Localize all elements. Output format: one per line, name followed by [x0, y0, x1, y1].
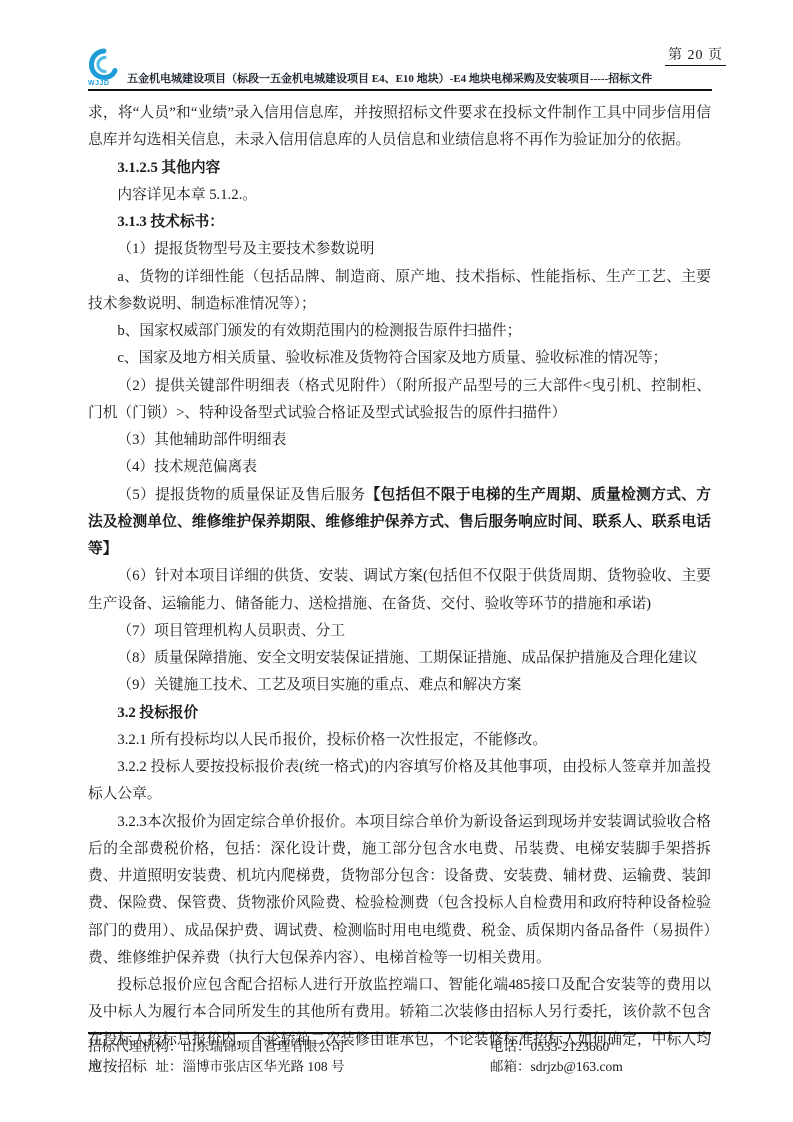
heading-3-1-3: 3.1.3 技术标书： [88, 209, 711, 236]
agency-line: 招标代理机构：山东瑞锦项目管理有限公司 [88, 1037, 490, 1057]
header-brand-row: WJJD 五金机电城建设项目（标段一五金机电城建设项目 E4、E10 地块）-E… [88, 48, 712, 91]
item-9: （9）关键施工技术、工艺及项目实施的重点、难点和解决方案 [88, 672, 711, 699]
para-3-2-1: 3.2.1 所有投标均以人民币报价，投标价格一次性报定，不能修改。 [88, 727, 711, 754]
document-body: 求，将“人员”和“业绩”录入信用信息库，并按照招标文件要求在投标文件制作工具中同… [88, 100, 711, 1081]
heading-3-2: 3.2 投标报价 [88, 700, 711, 727]
page-footer: 招标代理机构：山东瑞锦项目管理有限公司 电话：0533-2123660 地 址：… [88, 1032, 711, 1077]
page-number: 第 20 页 [665, 44, 726, 66]
phone-line: 电话：0533-2123660 [490, 1037, 711, 1057]
document-page: 第 20 页 WJJD 五金机电城建设项目（标段一五金机电城建设项目 E4、E1… [0, 0, 793, 1122]
item-7: （7）项目管理机构人员职责、分工 [88, 618, 711, 645]
para-3-2-2: 3.2.2 投标人要按投标报价表(统一格式)的内容填写价格及其他事项，由投标人签… [88, 754, 711, 809]
document-title: 五金机电城建设项目（标段一五金机电城建设项目 E4、E10 地块）-E4 地块电… [127, 70, 652, 87]
page-header: 第 20 页 WJJD 五金机电城建设项目（标段一五金机电城建设项目 E4、E1… [88, 44, 712, 91]
item-8: （8）质量保障措施、安全文明安装保证措施、工期保证措施、成品保护措施及合理化建议 [88, 645, 711, 672]
email-line: 邮箱：sdrjzb@163.com [490, 1057, 711, 1077]
logo-swirl-icon [88, 48, 122, 80]
logo-caption: WJJD [88, 80, 109, 87]
item-b: b、国家权威部门颁发的有效期范围内的检测报告原件扫描件； [88, 318, 711, 345]
item-a: a、货物的详细性能（包括品牌、制造商、原产地、技术指标、性能指标、生产工艺、主要… [88, 264, 711, 319]
item-1: （1）提报货物型号及主要技术参数说明 [88, 236, 711, 263]
item-5: （5）提报货物的质量保证及售后服务【包括但不限于电梯的生产周期、质量检测方式、方… [88, 482, 711, 564]
para-content-ref: 内容详见本章 5.1.2.。 [88, 182, 711, 209]
item-2: （2）提供关键部件明细表（格式见附件）（附所报产品型号的三大部件<曳引机、控制柜… [88, 373, 711, 428]
item-c: c、国家及地方相关质量、验收标准及货物符合国家及地方质量、验收标准的情况等； [88, 345, 711, 372]
item-4: （4）技术规范偏离表 [88, 454, 711, 481]
heading-3-1-2-5: 3.1.2.5 其他内容 [88, 155, 711, 182]
item-6: （6）针对本项目详细的供货、安装、调试方案(包括但不仅限于供货周期、货物验收、主… [88, 563, 711, 618]
para-3-2-3: 3.2.3本次报价为固定综合单价报价。本项目综合单价为新设备运到现场并安装调试验… [88, 809, 711, 973]
item-3: （3）其他辅助部件明细表 [88, 427, 711, 454]
company-logo: WJJD [88, 48, 122, 87]
para-continuation: 求，将“人员”和“业绩”录入信用信息库，并按照招标文件要求在投标文件制作工具中同… [88, 100, 711, 155]
address-line: 地 址：淄博市张店区华光路 108 号 [88, 1057, 490, 1077]
